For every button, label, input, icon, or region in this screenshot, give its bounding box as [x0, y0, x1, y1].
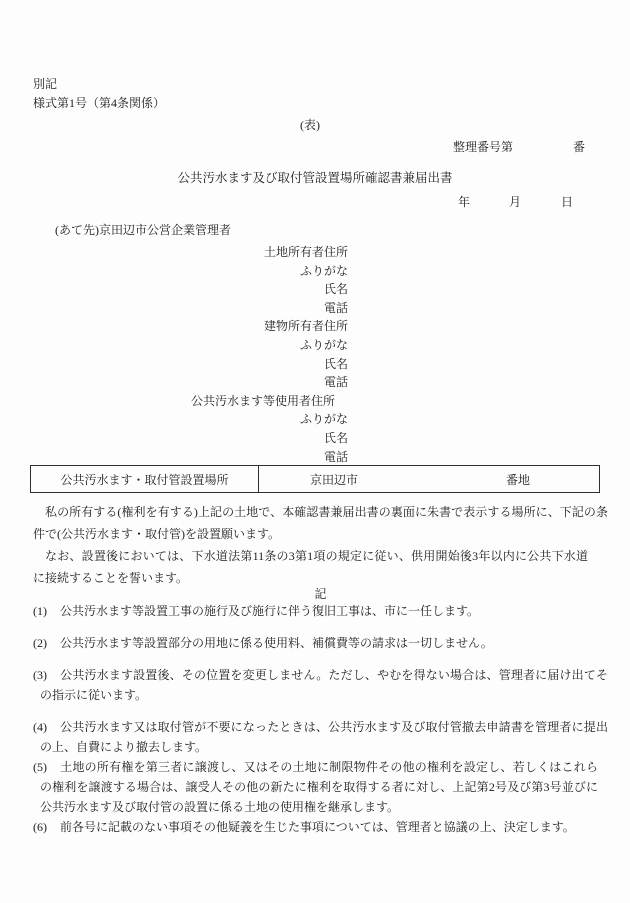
field-label-furigana: ふりがな [0, 410, 348, 429]
location-value-cell: 京田辺市 番地 [259, 466, 599, 492]
form-number: 様式第1号（第4条関係） [33, 94, 165, 111]
installation-location-table: 公共汚水ます・取付管設置場所 京田辺市 番地 [30, 465, 600, 493]
field-label-phone: 電話 [0, 299, 348, 318]
term-item-2: (2)公共汚水ます等設置部分の用地に係る使用料、補償費等の請求は一切しません。 [33, 633, 608, 653]
term-item-4: (4)公共汚水ます又は取付管が不要になったときは、公共汚水ます及び取付管撤去申請… [33, 717, 608, 757]
field-label-phone: 電話 [0, 373, 348, 392]
body-text-block: 私の所有する(権利を有する)上記の土地で、本確認書兼届出書の裏面に朱書で表示する… [33, 501, 608, 837]
term-number: (5) [33, 757, 60, 777]
field-label-name: 氏名 [0, 280, 348, 299]
field-label-phone: 電話 [0, 448, 348, 467]
term-text: 公共汚水ます等設置部分の用地に係る使用料、補償費等の請求は一切しません。 [60, 636, 493, 650]
field-label-furigana: ふりがな [0, 262, 348, 281]
reference-number-line: 整理番号第 番 [0, 138, 630, 154]
form-note: 別記 [33, 75, 57, 92]
date-day-label: 日 [561, 193, 573, 210]
reference-number-unit: 番 [573, 138, 585, 155]
term-text: 土地の所有権を第三者に譲渡し、又はその土地に制限物件その他の権利を設定し、若しく… [40, 760, 598, 814]
term-number: (1) [33, 601, 60, 621]
term-number: (3) [33, 665, 60, 685]
term-item-5: (5)土地の所有権を第三者に譲渡し、又はその土地に制限物件その他の権利を設定し、… [33, 757, 608, 817]
body-paragraph-request: 私の所有する(権利を有する)上記の土地で、本確認書兼届出書の裏面に朱書で表示する… [33, 501, 608, 545]
field-label-name: 氏名 [0, 429, 348, 448]
term-number: (4) [33, 717, 60, 737]
term-text: 公共汚水ます又は取付管が不要になったときは、公共汚水ます及び取付管撤去申請書を管… [40, 720, 608, 754]
side-indicator: (表) [0, 116, 620, 133]
field-label-sewer-user-address: 公共汚水ます等使用者住所 [0, 392, 348, 411]
date-month-label: 月 [509, 193, 521, 210]
field-label-building-owner-address: 建物所有者住所 [0, 317, 348, 336]
term-text: 前各号に記載のない事項その他疑義を生じた事項については、管理者と協議の上、決定し… [60, 820, 575, 834]
term-item-3: (3)公共汚水ます設置後、その位置を変更しません。ただし、やむを得ない場合は、管… [33, 665, 608, 705]
terms-list: (1)公共汚水ます等設置工事の施行及び施行に伴う復旧工事は、市に一任します。 (… [33, 601, 608, 837]
location-city-label: 京田辺市 [310, 471, 358, 488]
form-page: 別記 様式第1号（第4条関係） (表) 整理番号第 番 公共汚水ます及び取付管設… [0, 0, 630, 903]
location-header-label: 公共汚水ます・取付管設置場所 [60, 471, 228, 488]
field-label-name: 氏名 [0, 355, 348, 374]
body-paragraph-pledge: なお、設置後においては、下水道法第11条の3第1項の規定に従い、供用開始後3年以… [33, 545, 608, 589]
term-text: 公共汚水ます設置後、その位置を変更しません。ただし、やむを得ない場合は、管理者に… [40, 668, 608, 702]
form-title: 公共汚水ます及び取付管設置場所確認書兼届出書 [0, 168, 630, 186]
term-number: (2) [33, 633, 60, 653]
location-lot-suffix-label: 番地 [506, 471, 530, 488]
field-label-land-owner-address: 土地所有者住所 [0, 243, 348, 262]
reference-number-label: 整理番号第 [453, 138, 513, 155]
addressee-line: (あて先)京田辺市公営企業管理者 [55, 222, 231, 238]
location-header-cell: 公共汚水ます・取付管設置場所 [31, 466, 259, 492]
term-text: 公共汚水ます等設置工事の施行及び施行に伴う復旧工事は、市に一任します。 [60, 604, 479, 618]
date-year-label: 年 [458, 193, 470, 210]
term-number: (6) [33, 817, 60, 837]
list-heading: 記 [33, 588, 608, 601]
field-label-furigana: ふりがな [0, 336, 348, 355]
term-item-1: (1)公共汚水ます等設置工事の施行及び施行に伴う復旧工事は、市に一任します。 [33, 601, 608, 621]
applicant-fields-block: 土地所有者住所 ふりがな 氏名 電話 建物所有者住所 ふりがな 氏名 電話 公共… [0, 243, 348, 466]
term-item-6: (6)前各号に記載のない事項その他疑義を生じた事項については、管理者と協議の上、… [33, 817, 608, 837]
date-line: 年 月 日 [0, 193, 630, 209]
